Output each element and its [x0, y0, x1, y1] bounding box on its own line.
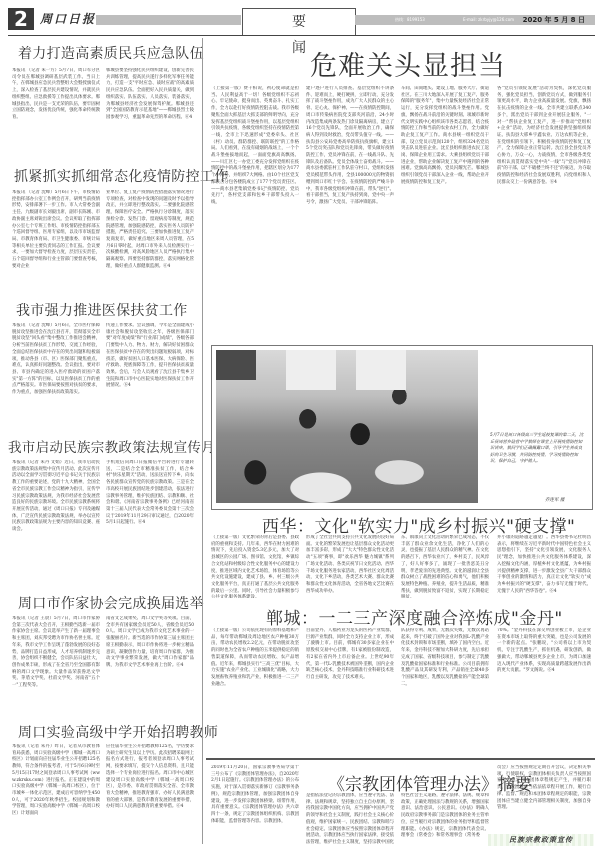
photo-credit: 乔连军 摄 — [545, 497, 564, 503]
info-bar: 热线：8199153 E-mail: zkrbyjy@126.com 2020 … — [355, 15, 595, 25]
article-writers-col2: 南省文艺成果奖、周口文学奖等奖项。目前，全市共有国家级会员近50人，省级会员近5… — [106, 616, 194, 704]
paper-name: 周口日报 — [40, 8, 96, 30]
stamp-text: 民族宗教政策宣传 — [488, 834, 594, 846]
masthead-rule — [8, 35, 595, 36]
article-dancheng-col3: 队获得专利、成果，无数次失败，无数次再站起来，终于打破了国外企业对我国L-乳酸产… — [401, 628, 489, 724]
email: E-mail: zkrbyjy@126.com — [463, 15, 514, 25]
article-lead-col3: 车间、田间地头、建设工地、服务大厅、街道社区。在三川大地深入开展了复工复产、服务… — [401, 86, 489, 332]
article-religion-col4: 员会）应当按照规定定期召开会议，决定相关事项，行使职权，宗教团体相关负责人应当按… — [497, 765, 591, 831]
page-number: 2 — [8, 8, 34, 30]
article-medical-col1: 本报讯 （记者 沈峰）5月6日，全市医疗保障脱贫攻坚推进会在沈丘县召开，贯彻落实… — [12, 323, 100, 421]
issue-date: 2020 年 5 月 8 日 — [523, 15, 585, 25]
article-xihua-col2: 形成了全社会共同支持公共文化发展的良好局面。文化的繁荣发展也让基层群众文化活动更… — [306, 535, 394, 598]
article-epidemic-col1: 本报讯 （记者 沈峰）5月6日下午，市疫情防控指挥部办公室工作例会召开，研判当前… — [12, 190, 100, 282]
article-dancheng-col2: 目前金丹、人福药业为龙头的医药产业集群，巨源产业集群，同时全力支持企业上市，形成… — [306, 628, 394, 724]
article-xihua-col3: 东、镇康向上文化活动的繁荣已成常态，不仅丰富了群众业余文化生活，净化了人们的心灵… — [401, 535, 489, 598]
window — [356, 350, 406, 390]
article-ethnic-col2: 手机短信向周口日报微信平台转进行专题转送，二是结合全市精准扶贫工作，结合乡村"快… — [106, 460, 194, 568]
article-ethnic-col1: 本报讯（记者 朱丹 文娟）近日，我市启动民族宗教政策法规集中宣传月活动。此次宣传… — [12, 460, 100, 568]
article-lead-col1: （上接第一版）费千柏说，初心使命就是担当。人民利益高于一切！各级党组织不忘初心、… — [211, 86, 299, 332]
article-dancheng-col1: （上接第一版）公司依托现有的原料基地和产品，每年带动郸城及周边地区农户种植30万… — [211, 628, 299, 724]
article-militia-col2: 郸城县要坚持强化民兵组织建设，创新完善民兵训练管理，提高民兵遂行多样化军事任务能… — [106, 68, 194, 158]
article-medical-col2: 传递工作要求。会议强调，今年是全面建成小康社会和脱贫攻坚收官之年，各级医保部门要… — [106, 323, 194, 421]
article-militia-col1: 本报讯 （记者 朱一方）5月7日，周口军分区司令员在郸城县调研基层武装工作。当日… — [12, 68, 100, 158]
article-religion-col2: 是指依法登记的宗教团体，应当遵守宪法、法律、法规和规章，坚持独立自主自办原则，坚… — [306, 793, 394, 845]
headline-teacher-recruit: 周口实验高级中学开始招聘教师 — [18, 722, 218, 742]
article-teacher-col2: 应往届毕业生公开招聘教师125名，学历要求为硕士研究生及以上学历。此次招聘采取网… — [106, 744, 194, 844]
headline-ethnic-religion: 我市启动民族宗教政策法规宣传月活动 — [8, 436, 243, 456]
article-religion-col3: 特色社会主义道路，遵守法律、法规、规章和政策，正确处理国法与教规的关系，增强国家… — [401, 793, 489, 845]
article-lead-col2: 建户逐户进行人员排查。基层党组织不讲条件、迎难而上，硬打硬拼，立即行动，充分发挥… — [306, 86, 394, 332]
article-teacher-col1: 本报讯（记者 朱丹）昨日，记者从市教育体育局获悉，周口实验高级中学（郸城一高周口… — [12, 744, 100, 844]
article-religion-col1: 2019年11月20日，国家宗教事务局令第十三号公布了《宗教团体管理办法》，自2… — [211, 765, 299, 845]
headline-dancheng-industry: 郸城：一二三产深度融合淬炼成"金丹" — [266, 604, 563, 629]
article-lead-col4: 各"党员引领促发展"活动为契机，深化党员服务，强化党员担当，创新党员方式，做到服… — [497, 86, 591, 332]
column-divider — [202, 38, 203, 844]
section-divider — [206, 758, 595, 760]
article-epidemic-col2: 业单位、复工复产疫情防控措施落实情况进行专项检查，对检查中发现的问题及时予以指导… — [106, 190, 194, 282]
blackboard — [216, 350, 256, 380]
editors-credit: 责任编辑 魏东 总监编辑 冯纪平 — [96, 26, 160, 31]
article-xihua-col4: 并小康的道路越走越宽广。西华县委书记杜明昌表示，将继续在习近平新时代中国特色社会… — [497, 535, 591, 598]
window — [286, 350, 336, 390]
headline-writers-assoc: 周口市作家协会完成换届选举 — [18, 593, 204, 613]
headline-medical-poverty: 我市强力推进医保扶贫工作 — [16, 300, 188, 320]
policy-stamp-banner: 民族宗教政策宣传 — [488, 834, 594, 846]
section-tab: 要闻 — [242, 8, 356, 36]
headline-lead-story: 危难关头显担当 — [310, 44, 506, 83]
article-xihua-col1: （上接第一版）文化繁荣的背后是县委、县政府的重视和支持。几年来，西华在财力困难的… — [211, 535, 299, 598]
headline-militia: 着力打造高素质民兵应急队伍 — [18, 43, 204, 63]
classroom-photo — [216, 350, 478, 503]
article-writers-col1: 本报讯（记者 王晨）5月7日，周口市作家协会第三次代表大会召开，王相勤当选新一届… — [12, 616, 100, 704]
headline-epidemic-control: 抓紧抓实抓细常态化疫情防控工作 — [14, 166, 229, 186]
article-dancheng-col4: 70%。"金丹科技在深交所创业板上市，是企业在资本市场上取得的重大突破，也是公司… — [497, 628, 591, 724]
photo-caption: 5月7日是周口各级高三学生返校复课的第二天，沈丘县周营乡陆营中学教师在课堂上开展… — [490, 432, 584, 465]
editors-bar: 责任编辑 魏东 总监编辑 冯纪平 — [96, 15, 241, 25]
hotline: 热线：8199153 — [395, 15, 425, 25]
headline-xihua-culture: 西华：文化"软实力"成乡村振兴"硬支撑" — [262, 512, 575, 537]
